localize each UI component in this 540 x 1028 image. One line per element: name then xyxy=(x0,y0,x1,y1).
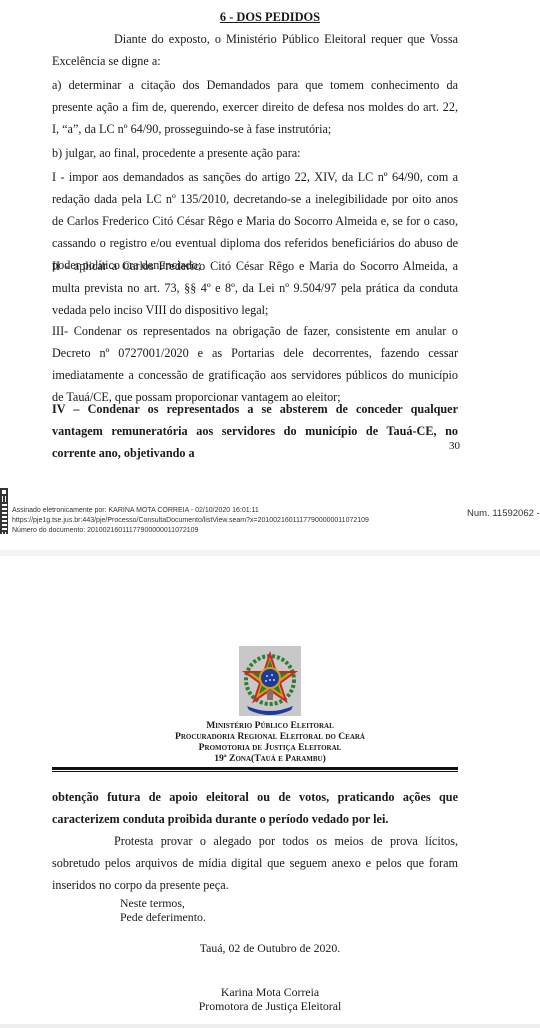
section-title: 6 - DOS PEDIDOS xyxy=(0,10,540,25)
request-item-a: a) determinar a citação dos Demandados p… xyxy=(52,74,458,140)
document-num: Num. 11592062 - xyxy=(467,508,540,519)
signature-footer: Assinado eletronicamente por: KARINA MOT… xyxy=(12,506,369,536)
page-break xyxy=(0,550,540,556)
signer-title: Promotora de Justiça Eleitoral xyxy=(0,999,540,1013)
evidence-paragraph: Protesta provar o alegado por todos os m… xyxy=(52,830,458,896)
page-bottom-edge xyxy=(0,1024,540,1028)
signer-name: Karina Mota Correia xyxy=(0,985,540,999)
request-item-III: III- Condenar os representados na obriga… xyxy=(52,320,458,408)
closing-line-1: Neste termos, xyxy=(120,896,185,910)
closing-line-2: Pede deferimento. xyxy=(120,910,206,924)
document-number-text: Número do documento: 2010021601117790000… xyxy=(12,526,369,536)
header-divider xyxy=(52,767,458,772)
continuation-paragraph: obtenção futura de apoio eleitoral ou de… xyxy=(52,786,458,830)
header-line-1: Ministério Público Eleitoral xyxy=(0,720,540,731)
page-number: 30 xyxy=(430,440,460,452)
request-item-II: II - aplicar a Carlos Frederico Citó Cés… xyxy=(52,255,458,321)
brazil-coat-of-arms-icon xyxy=(239,646,301,716)
header-line-2: Procuradoria Regional Eleitoral do Ceará xyxy=(0,731,540,742)
header-line-4: 19ª Zona(Tauá e Parambu) xyxy=(0,753,540,764)
header-line-3: Promotoria de Justiça Eleitoral xyxy=(0,742,540,753)
request-item-b: b) julgar, ao final, procedente a presen… xyxy=(52,142,458,164)
place-date: Tauá, 02 de Outubro de 2020. xyxy=(0,941,540,955)
document-url-link[interactable]: https://pje1g.tse.jus.br:443/pje/Process… xyxy=(12,516,369,526)
qr-code-icon xyxy=(0,488,9,534)
request-item-IV: IV – Condenar os representados a se abst… xyxy=(52,398,458,464)
signed-by-text: Assinado eletronicamente por: KARINA MOT… xyxy=(12,506,369,516)
institution-header: Ministério Público Eleitoral Procuradori… xyxy=(0,720,540,764)
intro-paragraph: Diante do exposto, o Ministério Público … xyxy=(52,28,458,72)
